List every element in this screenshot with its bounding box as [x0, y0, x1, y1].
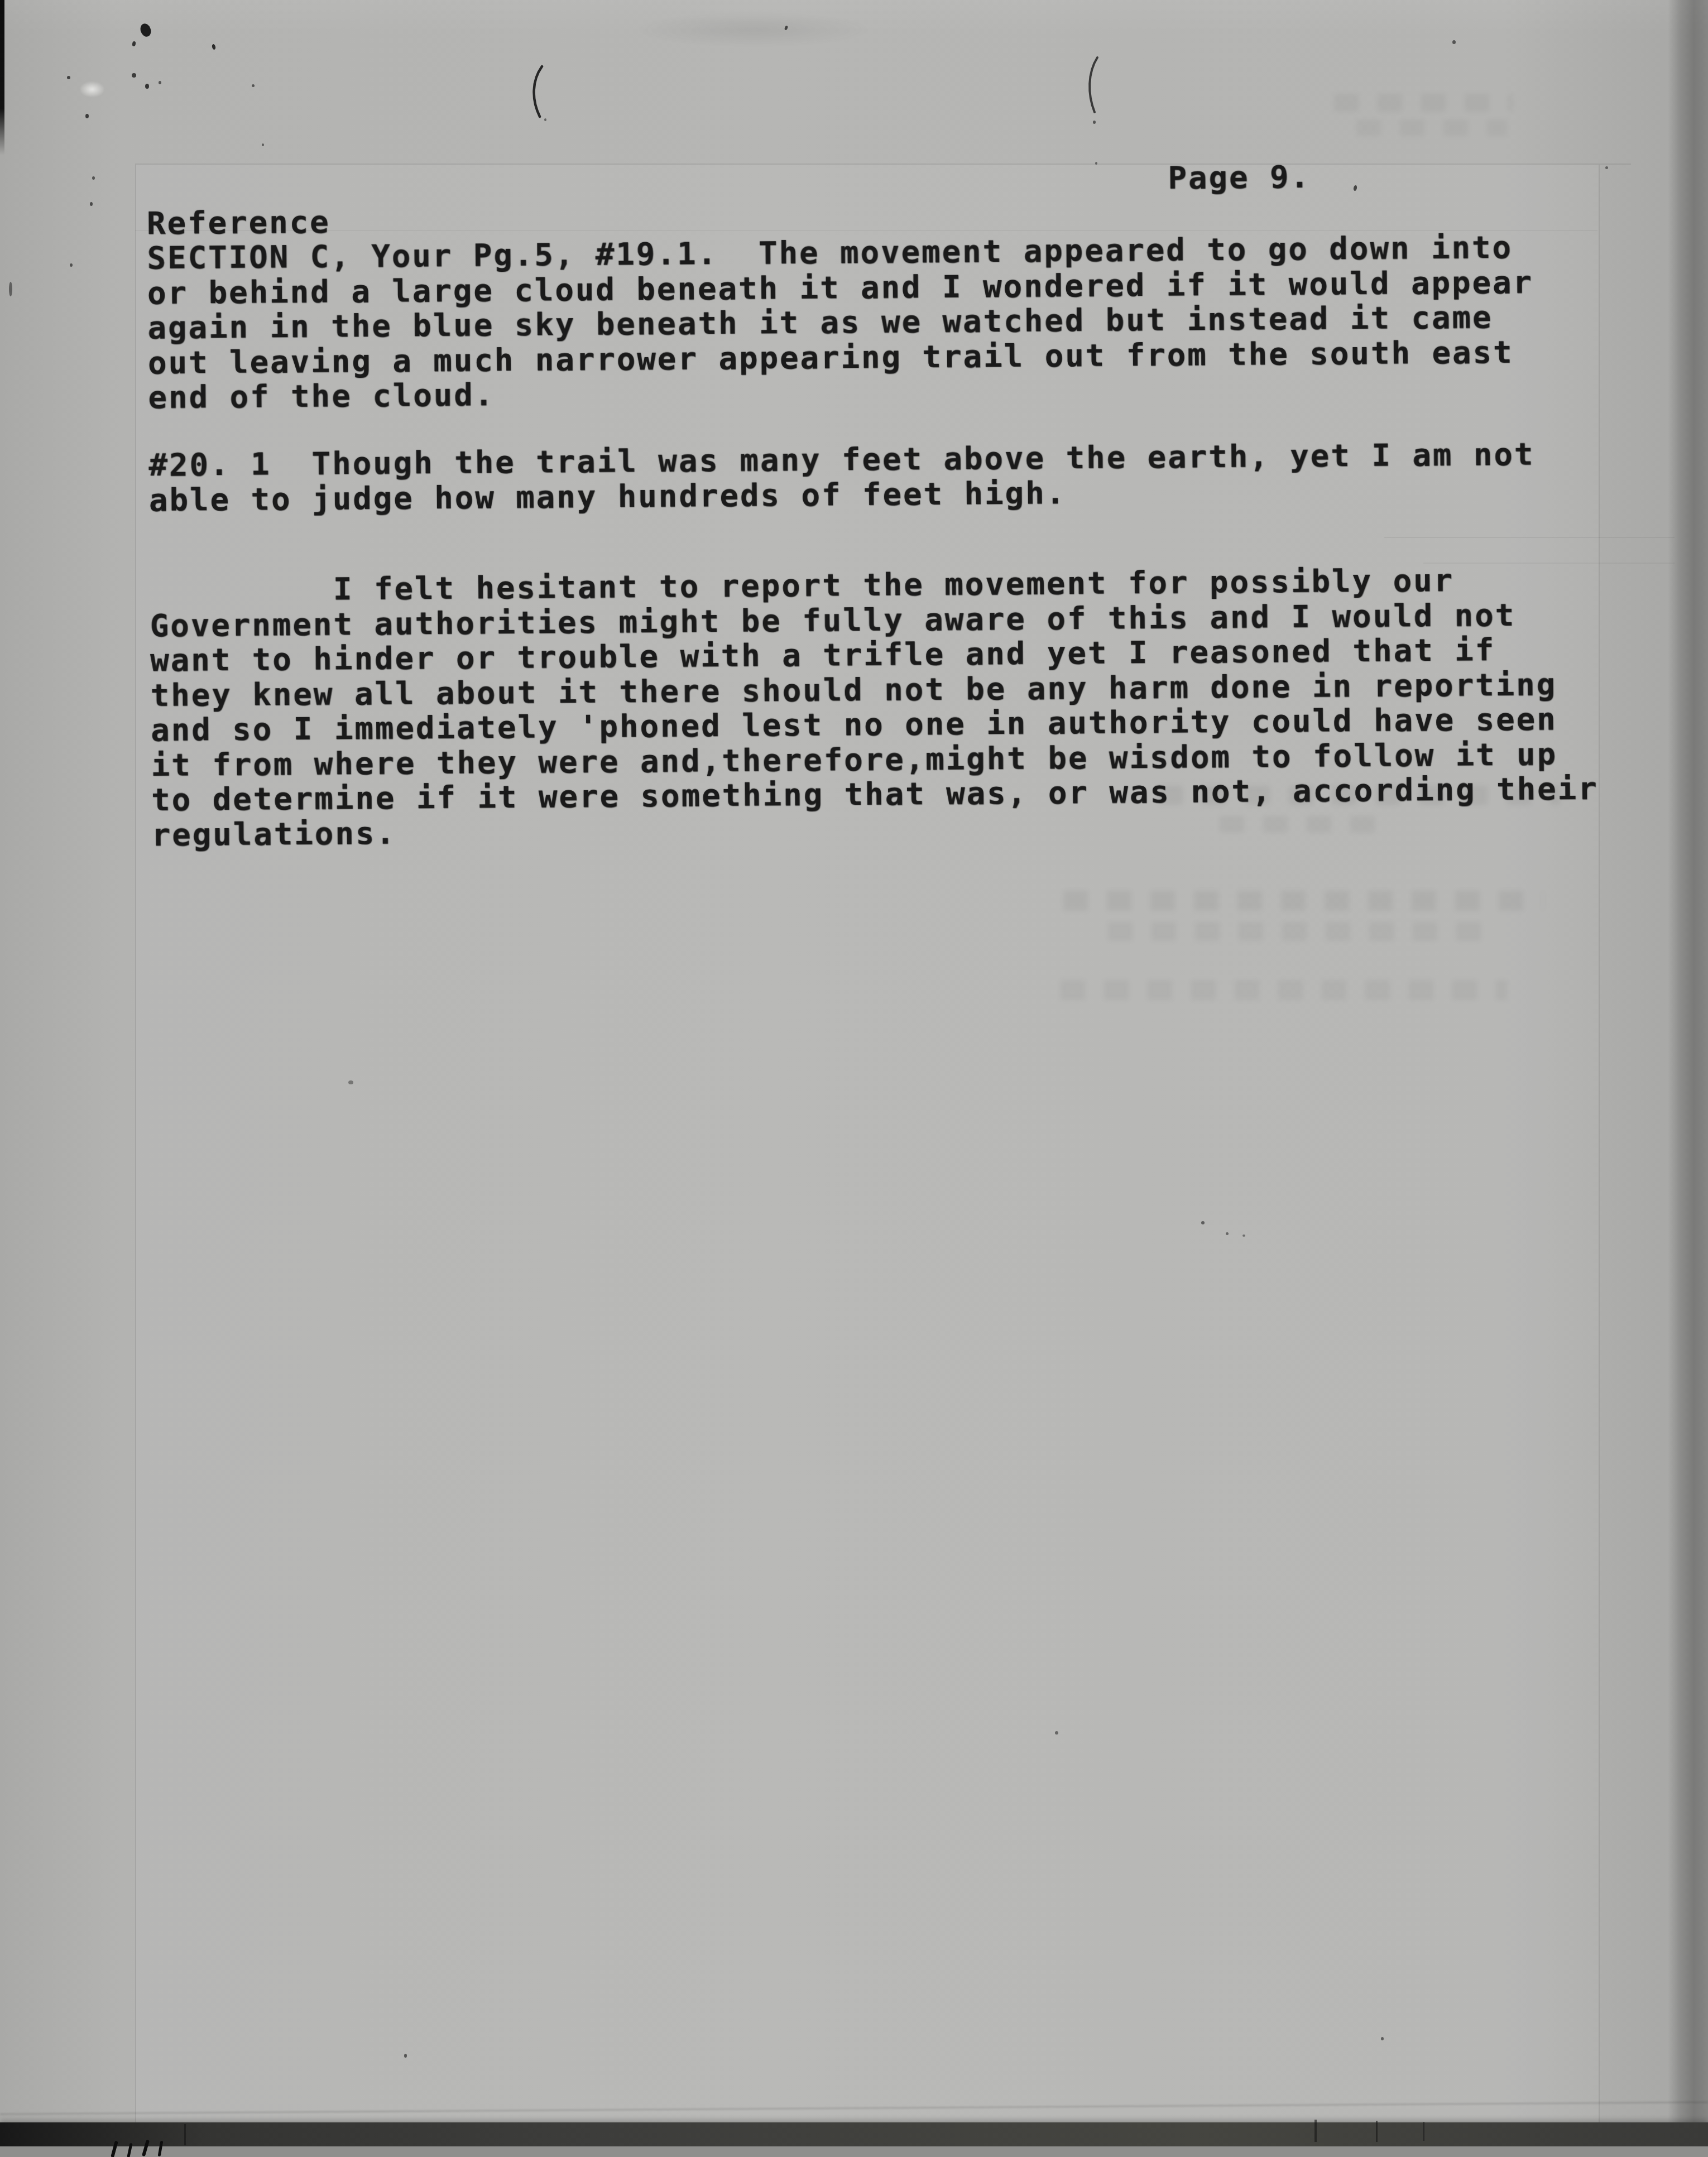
ink-speck: [1242, 1234, 1245, 1237]
ink-speck: [1226, 1232, 1229, 1235]
ink-speck: [1093, 121, 1096, 124]
paragraph-20-1: #20. 1 Though the trail was many feet ab…: [148, 437, 1535, 517]
ink-speck: [1055, 1731, 1058, 1735]
ink-speck: [252, 84, 255, 87]
ink-speck: [1605, 166, 1608, 169]
ink-speck: [1452, 40, 1456, 44]
ink-speck: [85, 114, 89, 118]
ink-speck: [1381, 2037, 1384, 2040]
band-dark-streak: [1376, 2121, 1378, 2142]
ink-speck: [262, 143, 264, 146]
ink-speck: [348, 1080, 353, 1084]
scanned-document-page: Page 9. Reference SECTION C, Your Pg.5, …: [0, 0, 1708, 2157]
ink-speck: [90, 202, 93, 206]
paragraph-hesitant-report: I felt hesitant to report the movement f…: [150, 563, 1599, 853]
ink-speck: [1095, 162, 1097, 165]
band-dark-streak: [1314, 2120, 1317, 2142]
ink-speck: [1201, 1221, 1205, 1224]
page-number: Page 9.: [1168, 160, 1311, 196]
ink-speck: [404, 2054, 407, 2058]
ink-speck: [544, 118, 546, 121]
ink-speck: [132, 73, 136, 78]
ink-speck: [67, 76, 70, 79]
band-dark-streak: [1423, 2122, 1424, 2141]
ink-speck: [70, 263, 73, 267]
ink-speck: [9, 282, 12, 296]
band-dark-streak: [184, 2124, 186, 2145]
typewritten-text-layer: Page 9. Reference SECTION C, Your Pg.5, …: [0, 0, 1708, 2157]
paragraph-section-c: SECTION C, Your Pg.5, #19.1. The movemen…: [147, 230, 1534, 415]
reference-heading: Reference: [147, 205, 330, 241]
ink-speck: [159, 81, 161, 84]
ink-speck: [92, 176, 95, 180]
ink-speck: [145, 84, 149, 89]
